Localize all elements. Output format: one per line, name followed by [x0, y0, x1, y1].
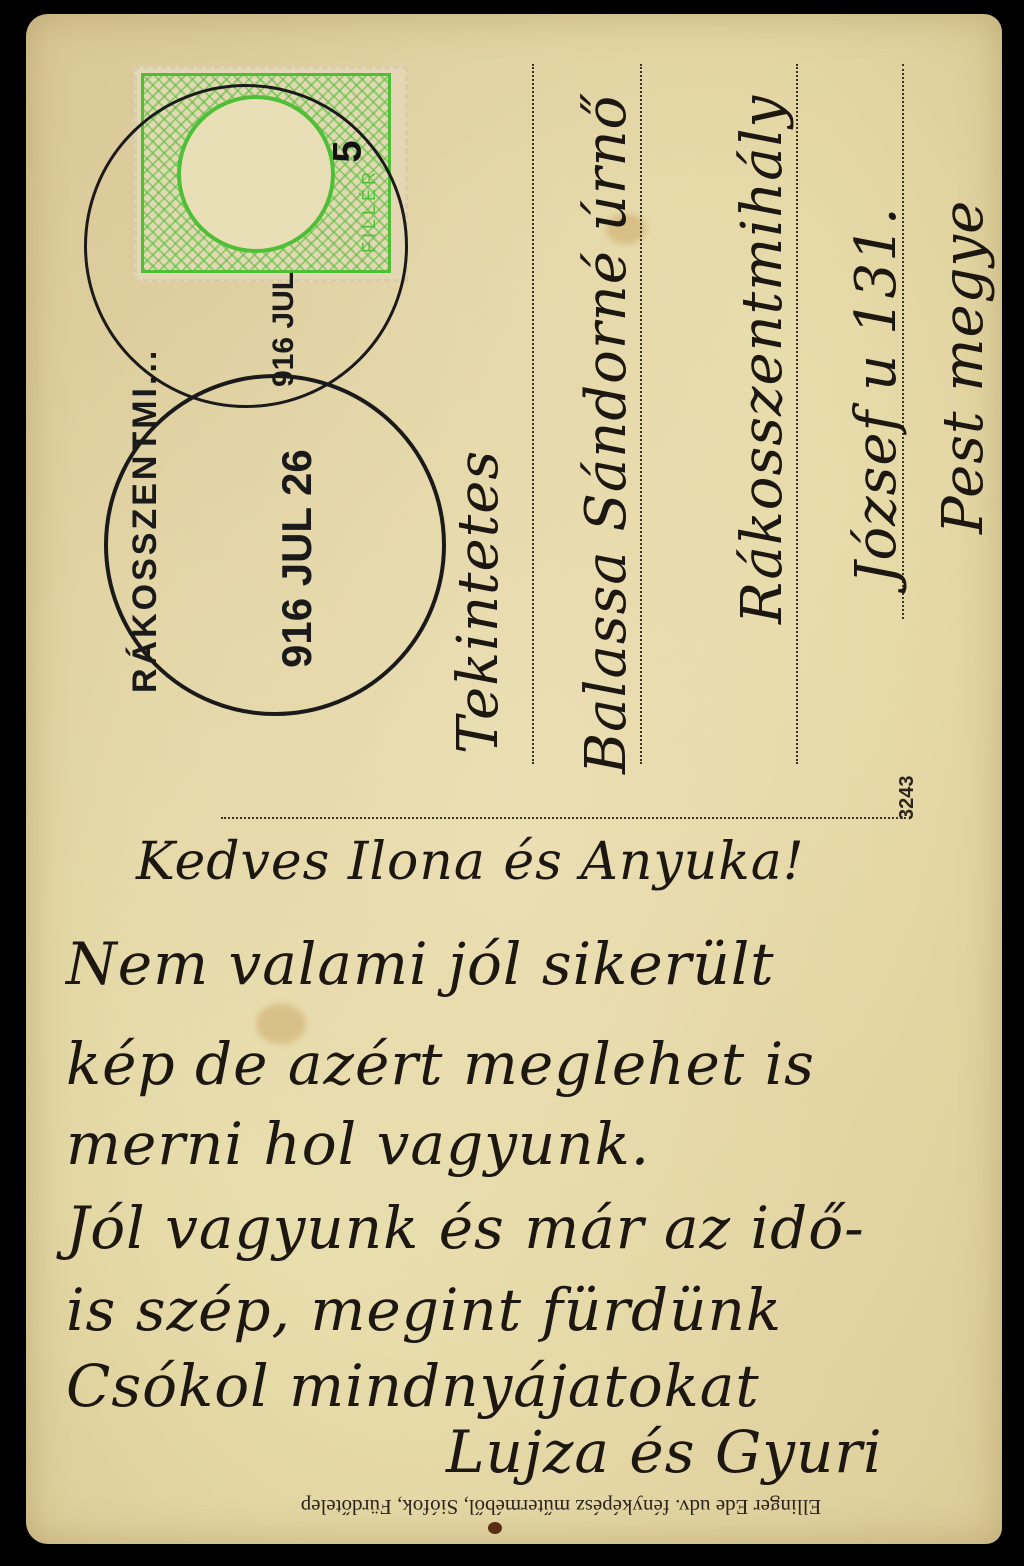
postmark-lower-date: 916 JUL 26 — [273, 449, 321, 668]
message-line: is szép, megint fürdünk — [66, 1276, 782, 1344]
postmark-lower-town: RÁKOSSZENTMI... — [126, 348, 165, 693]
serial-number: 3243 — [896, 776, 919, 821]
divider-rule — [221, 817, 906, 819]
message-greeting: Kedves Ilona és Anyuka! — [136, 832, 805, 892]
address-rule — [796, 64, 798, 764]
message-line: merni hol vagyunk. — [66, 1110, 650, 1178]
address-line-4: József u 131. — [844, 206, 909, 584]
message-line: Jól vagyunk és már az idő- — [66, 1194, 865, 1262]
address-line-1: Tekintetes — [446, 450, 511, 754]
postmark-upper-date: 916 JUL — [267, 272, 301, 387]
publisher-imprint: Ellinger Ede udv. fényképész műterméből,… — [176, 1494, 946, 1519]
message-line: kép de azért meglehet is — [66, 1030, 815, 1098]
address-line-3: Rákosszentmihály — [730, 95, 795, 624]
address-rule — [532, 64, 534, 764]
message-signature: Lujza és Gyuri — [446, 1418, 883, 1486]
message-line: Nem valami jól sikerült — [66, 930, 775, 998]
address-rule — [640, 64, 642, 764]
postcard: 5 FILLÉR 916 JUL 916 JUL 26 RÁKOSSZENTMI… — [26, 14, 1002, 1544]
address-line-5: Pest megye — [931, 200, 996, 534]
address-line-2: Balassa Sándorné úrnő — [574, 95, 639, 774]
message-line: Csókol mindnyájatokat — [66, 1352, 760, 1420]
postmark-lower: 916 JUL 26 RÁKOSSZENTMI... — [104, 374, 446, 716]
rust-spot — [488, 1522, 502, 1534]
